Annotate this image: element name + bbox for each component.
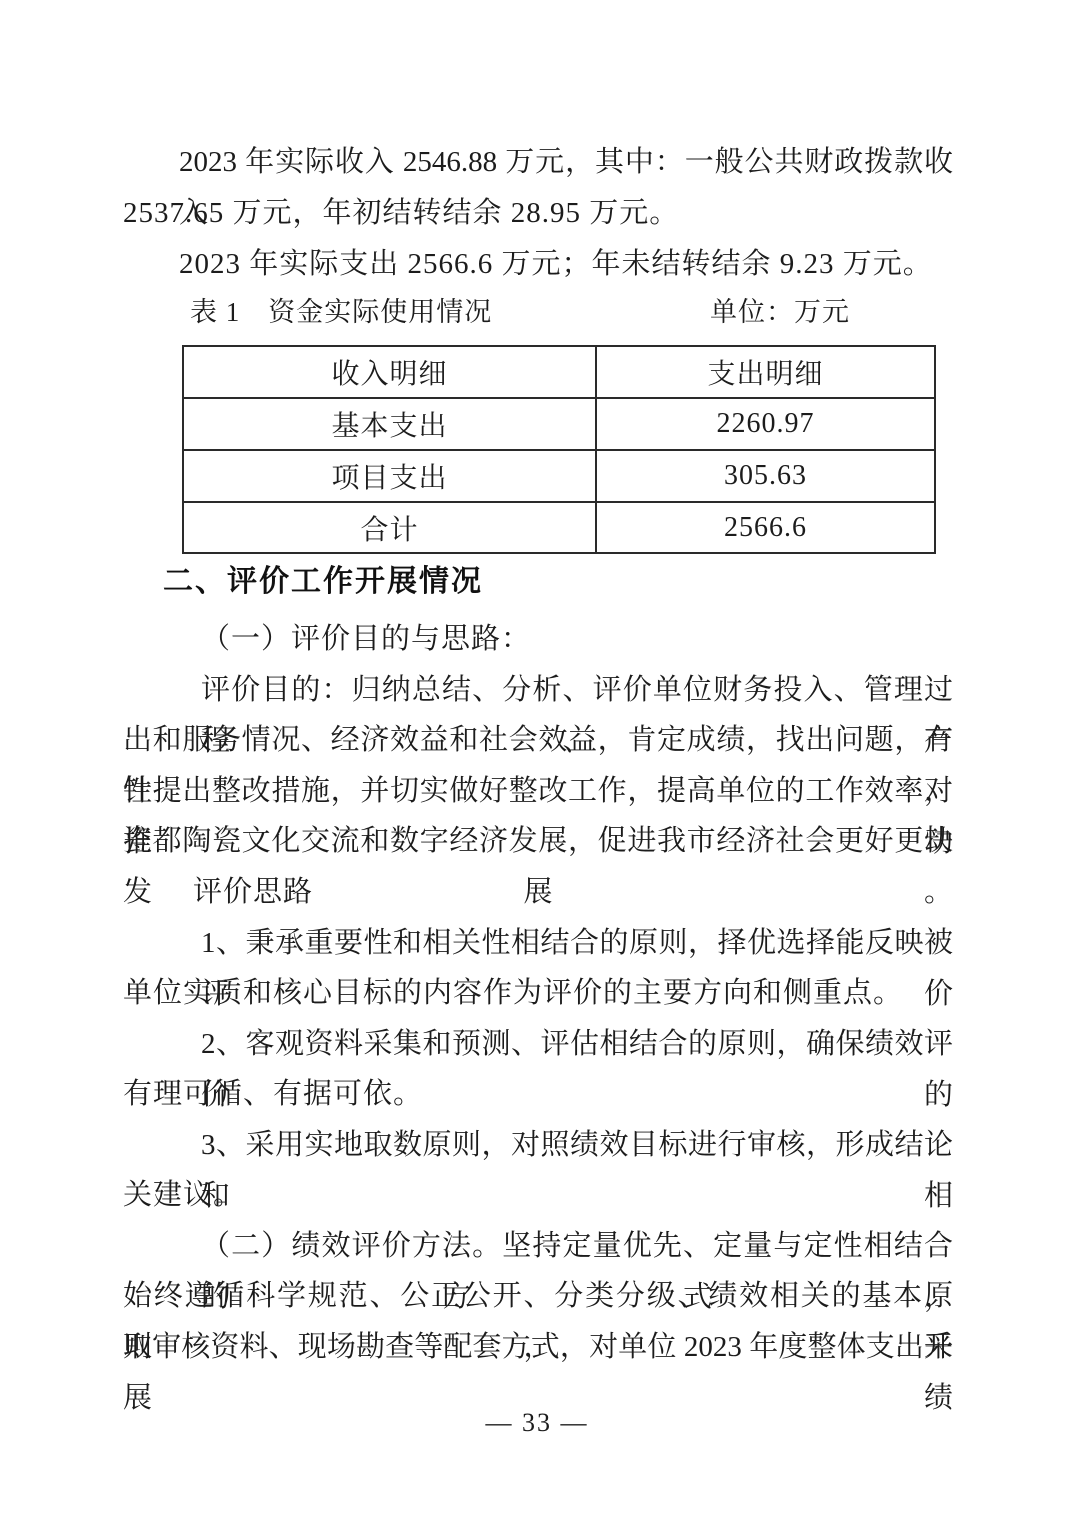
table-header-row: 收入明细 支出明细 [183,346,935,398]
list-item-1-line1: 1、秉承重要性和相关性相结合的原则，择优选择能反映被评价 [123,918,953,969]
table-header-expense: 支出明细 [596,346,935,398]
subsection-title-2: （二）绩效评价方法。坚持定量优先、定量与定性相结合的方式， [123,1221,953,1272]
list-item-3-line2: 关建议。 [123,1170,953,1221]
table-cell-value: 305.63 [596,450,935,502]
table-row-total: 合计 2566.6 [183,502,935,553]
table-cell-value: 2566.6 [596,502,935,553]
table-cell-value: 2260.97 [596,398,935,450]
table-caption: 表 1 资金实际使用情况 [182,290,492,335]
document-page: 2023 年实际收入 2546.88 万元，其中：一般公共财政拨款收入 2537… [0,0,1074,1520]
section-heading: 二、评价工作开展情况 [163,562,483,602]
paragraph-expense-line: 2023 年实际支出 2566.6 万元；年未结转结余 9.23 万元。 [123,239,953,290]
table-cell-label: 基本支出 [183,398,596,450]
paragraph-income-line1: 2023 年实际收入 2546.88 万元，其中：一般公共财政拨款收入 [123,137,953,188]
subsection-title-1: （一）评价目的与思路： [123,614,953,665]
list-item-2-line2: 有理可循、有据可依。 [123,1069,953,1120]
table-row: 项目支出 305.63 [183,450,935,502]
table-row: 基本支出 2260.97 [183,398,935,450]
list-item-3-line1: 3、采用实地取数原则，对照绩效目标进行审核，形成结论和相 [123,1120,953,1171]
body-line: 瓷都陶瓷文化交流和数字经济发展，促进我市经济社会更好更快发展。 [123,816,953,867]
page-number: — 33 — [0,1406,1074,1440]
list-item-1-line2: 单位实质和核心目标的内容作为评价的主要方向和侧重点。 [123,968,953,1019]
table-cell-label: 项目支出 [183,450,596,502]
table-unit-label: 单位：万元 [710,290,930,335]
body-line: 评价目的：归纳总结、分析、评价单位财务投入、管理过程、产 [123,665,953,716]
body-line: 始终遵循科学规范、公正公开、分类分级、绩效相关的基本原则，采 [123,1271,953,1322]
body-line: 取审核资料、现场勘查等配套方式，对单位 2023 年度整体支出开展绩 [123,1322,953,1373]
list-item-2-line1: 2、客观资料采集和预测、评估相结合的原则，确保绩效评价的 [123,1019,953,1070]
paragraph-income-line2: 2537.65 万元，年初结转结余 28.95 万元。 [123,188,953,239]
fund-usage-table: 收入明细 支出明细 基本支出 2260.97 项目支出 305.63 合计 25… [182,345,936,554]
body-line: 出和服务情况、经济效益和社会效益，肯定成绩，找出问题，有针对 [123,715,953,766]
table-header-income: 收入明细 [183,346,596,398]
table-cell-label: 合计 [183,502,596,553]
body-line: 评价思路 [123,867,953,918]
body-line: 性提出整改措施，并切实做好整改工作，提高单位的工作效率，推动 [123,766,953,817]
table-caption-row: 表 1 资金实际使用情况 单位：万元 [182,290,930,335]
